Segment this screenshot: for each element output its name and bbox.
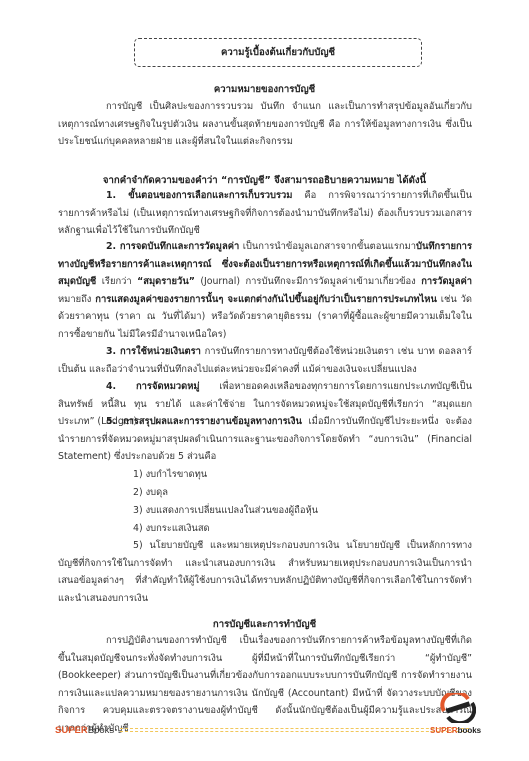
- statement-2: 2) งบดุล: [133, 484, 318, 502]
- footer-brand-right: SUPERbooks: [430, 726, 481, 735]
- page-footer: SUPERBooks: [55, 723, 475, 737]
- section-heading-definition: จากคำจำกัดความของคำว่า “การบัญชี” จึงสาม…: [0, 173, 529, 188]
- statement-5: 5) นโยบายบัญชี และหมายเหตุประกอบงบการเงิ…: [58, 537, 472, 607]
- item-2: 2. การจดบันทึกและการวัดมูลค่า เป็นการนำข…: [58, 238, 472, 344]
- item-5: 5. การสรุปผลและการรายงานข้อมูลทางการเงิน…: [58, 413, 472, 466]
- statement-4: 4) งบกระแสเงินสด: [133, 520, 318, 538]
- item-1: 1. ขั้นตอนของการเลือกและการเก็บรวบรวม คื…: [58, 187, 472, 240]
- financial-statements-list: 1) งบกำไรขาดทุน 2) งบดุล 3) งบแสดงการเปล…: [133, 466, 318, 538]
- footer-brand-left: SUPERBooks: [55, 725, 114, 736]
- paragraph-meaning: การบัญชี เป็นศิลปะของการรวบรวม บันทึก จำ…: [58, 98, 472, 151]
- section-heading-bookkeeping: การบัญชีและการทำบัญชี: [0, 617, 529, 632]
- statement-3: 3) งบแสดงการเปลี่ยนแปลงในส่วนของผู้ถือหุ…: [133, 502, 318, 520]
- footer-divider: [120, 728, 469, 732]
- statement-1: 1) งบกำไรขาดทุน: [133, 466, 318, 484]
- section-heading-meaning: ความหมายของการบัญชี: [0, 82, 529, 97]
- document-title-box: ความรู้เบื้องต้นเกี่ยวกับบัญชี: [134, 38, 422, 67]
- document-title: ความรู้เบื้องต้นเกี่ยวกับบัญชี: [221, 45, 335, 60]
- paragraph-bookkeeping: การปฏิบัติงานของการทำบัญชี เป็นเรื่องของ…: [58, 632, 472, 738]
- superbooks-logo-icon: [440, 693, 476, 723]
- item-3: 3. การใช้หน่วยเงินตรา การบันทึกรายการทาง…: [58, 343, 472, 378]
